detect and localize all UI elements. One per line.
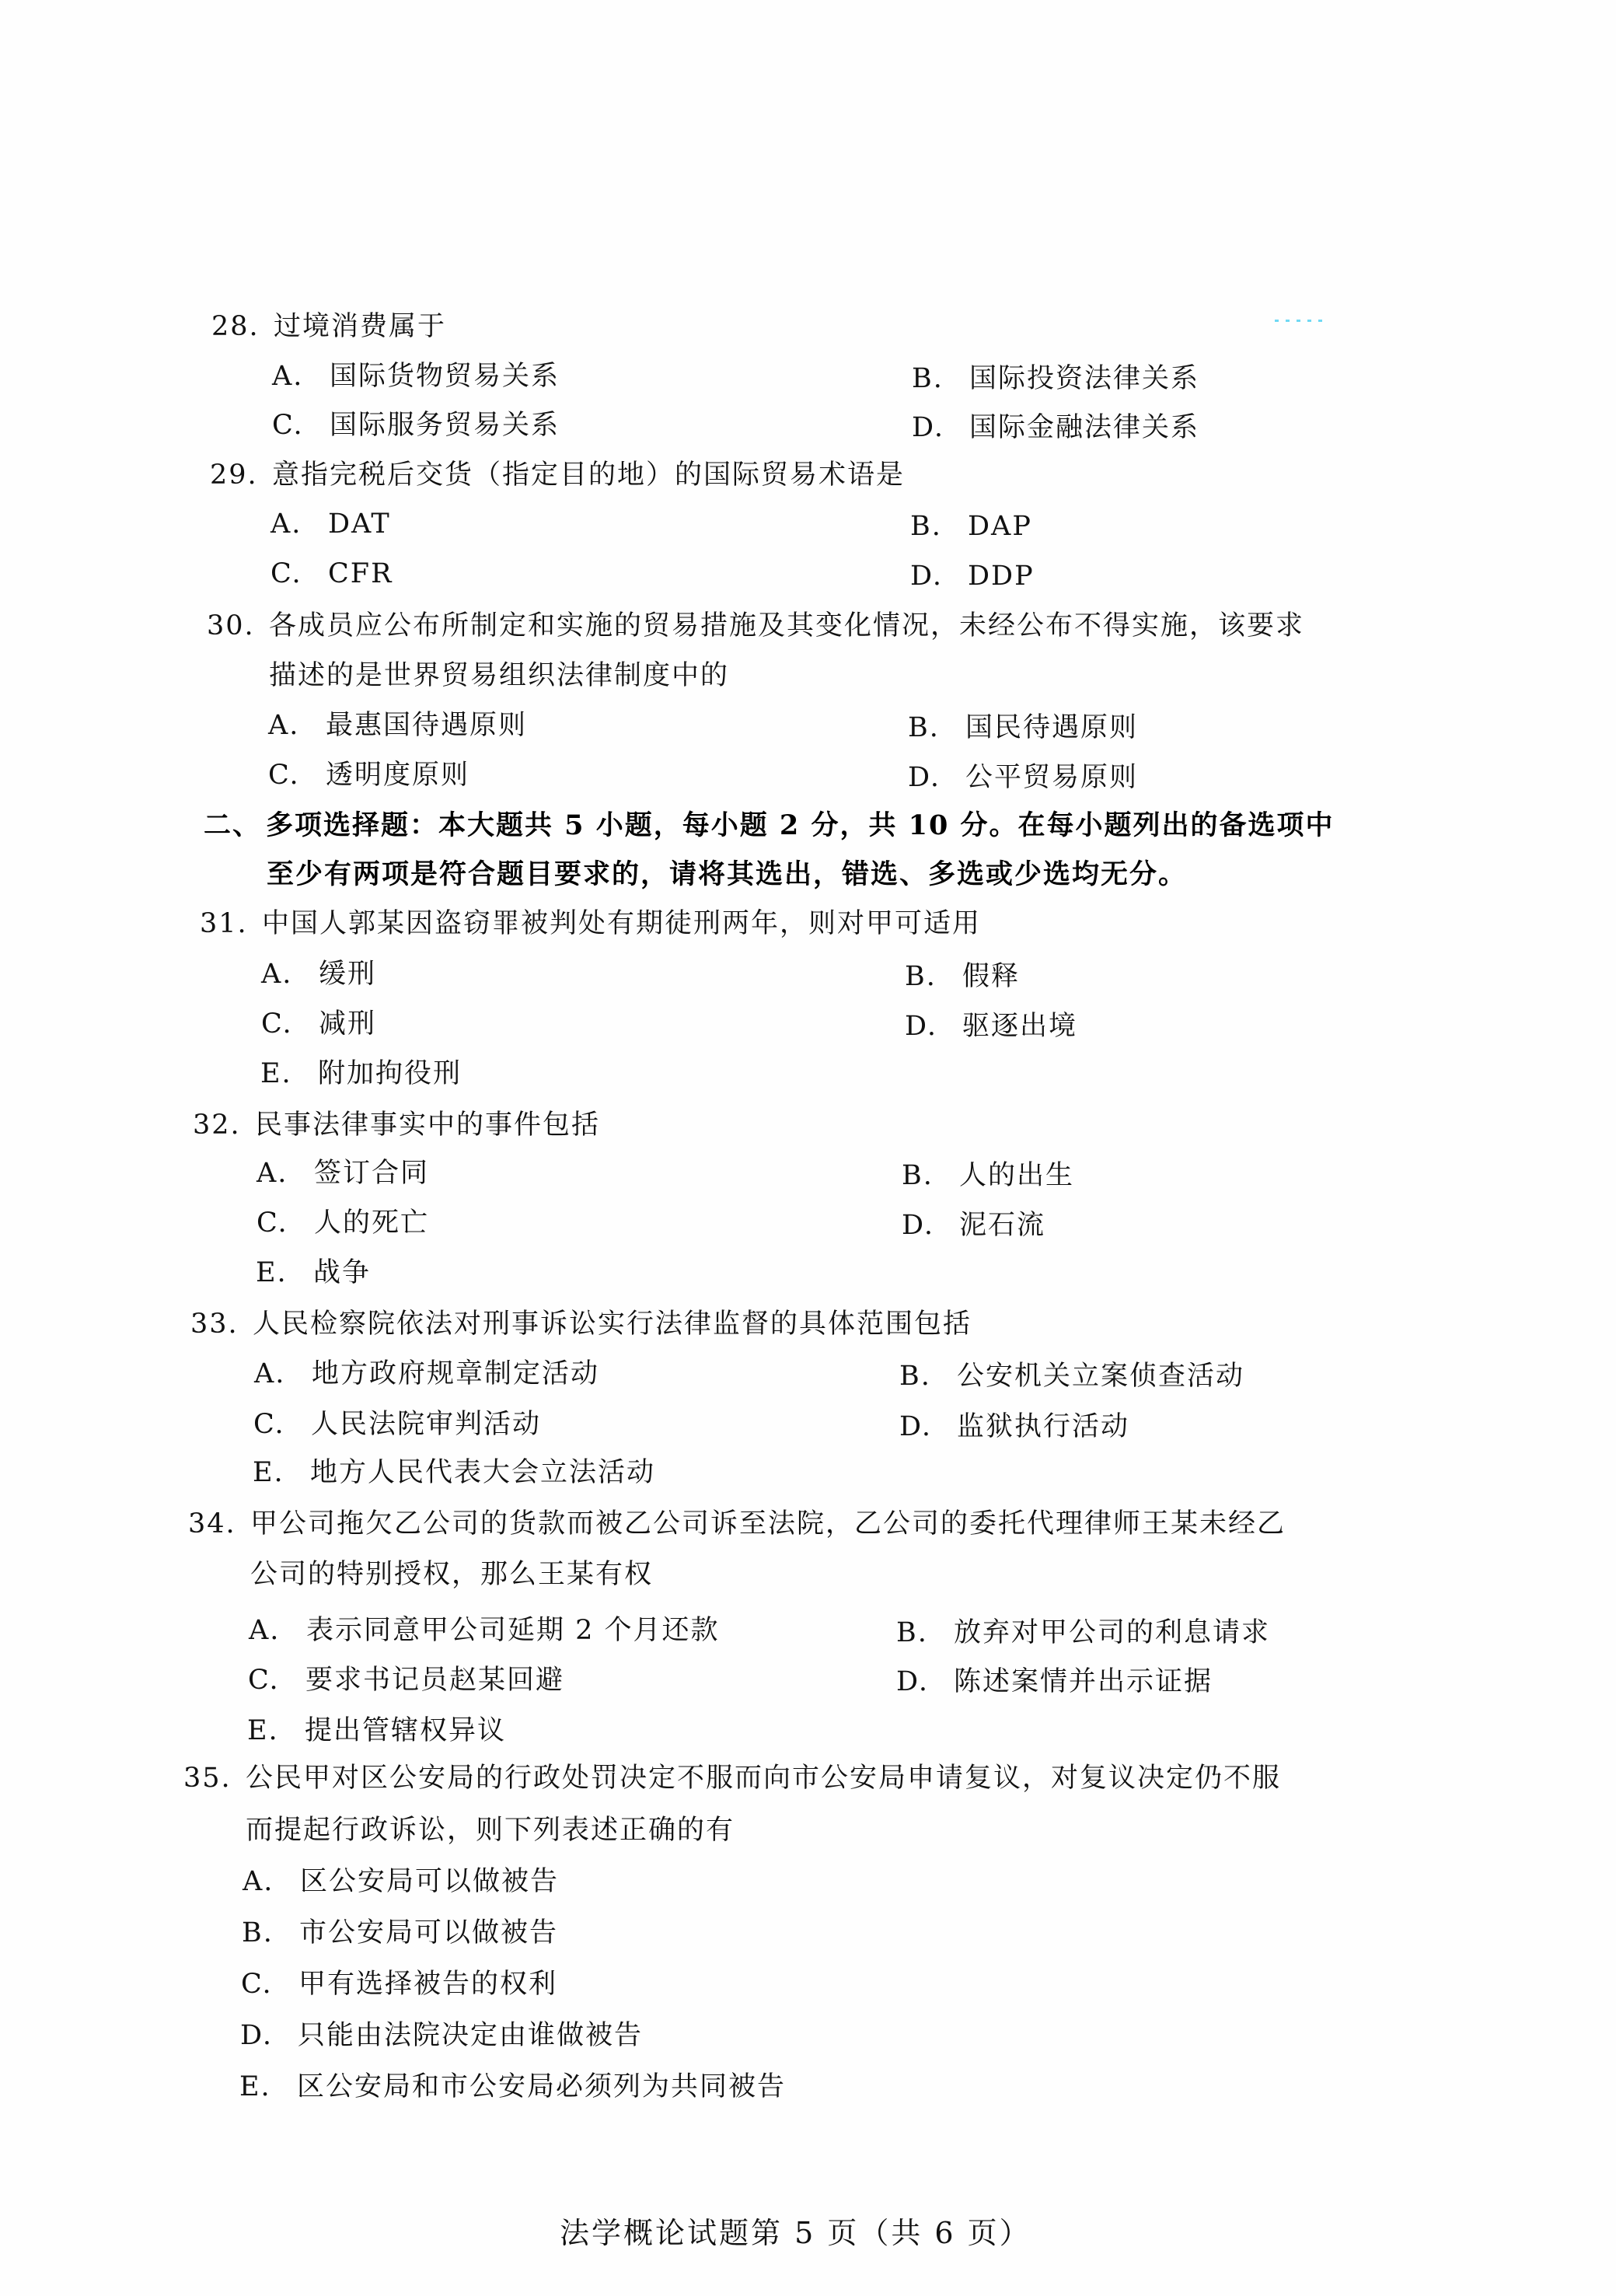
question-35-stem-line1: 35.公民甲对区公安局的行政处罚决定不服而向市公安局申请复议，对复议决定仍不服 (183, 1761, 1281, 1795)
option-34-d: D.陈述案情并出示证据 (896, 1665, 1213, 1699)
option-letter: D. (908, 760, 965, 795)
option-32-c: C.人的死亡 (257, 1206, 429, 1240)
question-34-stem-line2: 公司的特别授权，那么王某有权 (250, 1557, 653, 1592)
option-text: 国民待遇原则 (965, 712, 1138, 743)
option-letter: A. (272, 359, 330, 393)
option-32-d: D.泥石流 (902, 1208, 1045, 1242)
option-text: 公安机关立案侦查活动 (957, 1361, 1244, 1392)
question-text: 民事法律事实中的事件包括 (255, 1110, 600, 1141)
option-text: 人的出生 (959, 1160, 1074, 1191)
option-letter: D. (905, 1009, 962, 1043)
option-text: 国际货物贸易关系 (330, 361, 560, 392)
option-letter: D. (902, 1208, 959, 1242)
option-text: 市公安局可以做被告 (299, 1917, 558, 1948)
question-number: 34. (188, 1507, 250, 1541)
question-text: 描述的是世界贸易组织法律制度中的 (269, 660, 729, 691)
option-35-e: E.区公安局和市公安局必须列为共同被告 (239, 2070, 786, 2104)
question-number: 32. (193, 1108, 255, 1142)
option-text: 地方政府规章制定活动 (312, 1358, 599, 1389)
option-letter: D. (896, 1665, 954, 1699)
option-text: 战争 (313, 1257, 371, 1288)
option-30-a: A.最惠国待遇原则 (268, 708, 527, 743)
option-30-d: D.公平贸易原则 (908, 760, 1138, 795)
option-letter: E. (239, 2070, 297, 2104)
option-text: 人民法院审判活动 (311, 1409, 541, 1440)
option-text: 区公安局可以做被告 (300, 1866, 559, 1897)
option-29-a: A.DAT (270, 507, 391, 541)
option-31-c: C.减刑 (261, 1007, 376, 1041)
option-letter: B. (896, 1616, 954, 1650)
option-text: 区公安局和市公安局必须列为共同被告 (297, 2071, 786, 2102)
question-text: 中国人郭某因盗窃罪被判处有期徒刑两年，则对甲可适用 (262, 908, 981, 939)
question-number: 29. (210, 458, 272, 492)
option-35-d: D.只能由法院决定由谁做被告 (240, 2018, 643, 2053)
option-letter: C. (272, 408, 330, 442)
option-letter: C. (253, 1407, 311, 1442)
option-letter: C. (248, 1663, 305, 1697)
option-text: 减刑 (319, 1008, 376, 1040)
option-text: 缓刑 (319, 959, 376, 990)
option-letter: A. (268, 708, 326, 743)
option-letter: C. (268, 758, 326, 792)
option-text: DDP (968, 561, 1035, 592)
question-29-stem: 29.意指完税后交货（指定目的地）的国际贸易术语是 (210, 458, 905, 492)
option-letter: D. (240, 2018, 298, 2053)
option-letter: D. (899, 1410, 957, 1444)
option-35-b: B.市公安局可以做被告 (242, 1916, 558, 1950)
option-letter: B. (912, 362, 969, 396)
option-31-e: E.附加拘役刑 (260, 1057, 462, 1091)
option-30-c: C.透明度原则 (268, 758, 469, 792)
option-letter: C. (261, 1007, 319, 1041)
option-letter: B. (905, 959, 962, 994)
option-text: 最惠国待遇原则 (326, 710, 527, 741)
question-number: 33. (190, 1307, 253, 1341)
option-text: 国际服务贸易关系 (330, 410, 560, 441)
option-letter: C. (270, 557, 328, 591)
option-letter: A. (257, 1156, 314, 1190)
question-text: 人民检察院依法对刑事诉讼实行法律监督的具体范围包括 (253, 1309, 972, 1340)
option-text: 提出管辖权异议 (305, 1715, 506, 1746)
option-32-b: B.人的出生 (902, 1158, 1074, 1193)
option-text: 陈述案情并出示证据 (954, 1666, 1213, 1697)
option-text: 附加拘役刑 (318, 1058, 462, 1089)
option-text: DAP (968, 511, 1032, 542)
question-text: 甲公司拖欠乙公司的货款而被乙公司诉至法院，乙公司的委托代理律师王某未经乙 (250, 1508, 1286, 1539)
page-footer: 法学概论试题第 5 页（共 6 页） (560, 2216, 1031, 2250)
option-32-e: E.战争 (256, 1256, 371, 1290)
option-text: 人的死亡 (314, 1207, 429, 1239)
option-33-b: B.公安机关立案侦查活动 (899, 1359, 1244, 1393)
option-text: 只能由法院决定由谁做被告 (298, 2020, 643, 2051)
option-letter: E. (253, 1456, 310, 1490)
option-text: CFR (328, 558, 393, 589)
question-text: 公司的特别授权，那么王某有权 (250, 1559, 653, 1590)
question-number: 31. (200, 907, 262, 941)
option-34-e: E.提出管辖权异议 (247, 1714, 506, 1748)
option-33-e: E.地方人民代表大会立法活动 (253, 1456, 655, 1490)
option-text: 表示同意甲公司延期 2 个月还款 (306, 1615, 720, 1646)
option-letter: B. (242, 1916, 299, 1950)
option-28-b: B.国际投资法律关系 (912, 362, 1199, 396)
option-letter: D. (912, 411, 969, 445)
option-34-c: C.要求书记员赵某回避 (248, 1663, 564, 1697)
option-text: 要求书记员赵某回避 (305, 1665, 564, 1696)
option-letter: E. (260, 1057, 318, 1091)
option-29-d: D.DDP (910, 559, 1035, 593)
option-letter: C. (257, 1206, 314, 1240)
option-letter: E. (256, 1256, 313, 1290)
option-text: 泥石流 (959, 1210, 1045, 1241)
question-33-stem: 33.人民检察院依法对刑事诉讼实行法律监督的具体范围包括 (190, 1307, 972, 1341)
option-35-c: C.甲有选择被告的权利 (241, 1967, 557, 2001)
option-29-c: C.CFR (270, 557, 393, 591)
question-text: 而提起行政诉讼，则下列表述正确的有 (246, 1815, 735, 1846)
question-text: 公民甲对区公安局的行政处罚决定不服而向市公安局申请复议，对复议决定仍不服 (246, 1763, 1281, 1794)
option-letter: D. (910, 559, 968, 593)
option-letter: A. (243, 1864, 300, 1899)
option-text: 国际投资法律关系 (969, 363, 1199, 394)
section-marker: 二、 (204, 809, 266, 843)
option-text: 公平贸易原则 (965, 762, 1138, 793)
question-35-stem-line2: 而提起行政诉讼，则下列表述正确的有 (246, 1813, 735, 1847)
question-32-stem: 32.民事法律事实中的事件包括 (193, 1108, 600, 1142)
option-letter: A. (254, 1357, 312, 1391)
option-35-a: A.区公安局可以做被告 (243, 1864, 559, 1899)
option-28-a: A.国际货物贸易关系 (272, 359, 560, 393)
question-number: 30. (207, 609, 269, 643)
option-34-b: B.放弃对甲公司的利息请求 (896, 1616, 1270, 1650)
option-text: 透明度原则 (326, 760, 469, 791)
option-text: 监狱执行活动 (957, 1411, 1129, 1442)
option-letter: B. (902, 1158, 959, 1193)
option-letter: C. (241, 1967, 298, 2001)
option-31-a: A.缓刑 (261, 957, 376, 991)
question-text: 各成员应公布所制定和实施的贸易措施及其变化情况，未经公布不得实施，该要求 (269, 610, 1304, 641)
option-33-a: A.地方政府规章制定活动 (254, 1357, 599, 1391)
option-letter: B. (899, 1359, 957, 1393)
option-text: 假释 (962, 961, 1020, 992)
option-30-b: B.国民待遇原则 (908, 711, 1138, 745)
option-letter: E. (247, 1714, 305, 1748)
question-28-stem: 28.过境消费属于 (211, 309, 446, 344)
question-number: 28. (211, 309, 274, 344)
section-instructions: 至少有两项是符合题目要求的，请将其选出，错选、多选或少选均无分。 (267, 858, 1187, 890)
scan-artifact-mark (1275, 320, 1329, 322)
option-28-c: C.国际服务贸易关系 (272, 408, 560, 442)
option-letter: B. (910, 509, 968, 543)
section-2-header-line1: 二、多项选择题：本大题共 5 小题，每小题 2 分，共 10 分。在每小题列出的… (204, 809, 1335, 843)
option-text: DAT (328, 508, 391, 540)
option-text: 驱逐出境 (962, 1011, 1077, 1042)
section-instructions: 多项选择题：本大题共 5 小题，每小题 2 分，共 10 分。在每小题列出的备选… (266, 809, 1335, 841)
option-letter: A. (261, 957, 319, 991)
option-32-a: A.签订合同 (257, 1156, 429, 1190)
question-number: 35. (183, 1761, 246, 1795)
question-text: 过境消费属于 (274, 311, 446, 342)
exam-page: 28.过境消费属于 A.国际货物贸易关系 B.国际投资法律关系 C.国际服务贸易… (0, 0, 1616, 2296)
option-text: 甲有选择被告的权利 (298, 1969, 557, 2000)
question-34-stem-line1: 34.甲公司拖欠乙公司的货款而被乙公司诉至法院，乙公司的委托代理律师王某未经乙 (188, 1507, 1286, 1541)
option-text: 国际金融法律关系 (969, 412, 1199, 443)
section-2-header-line2: 至少有两项是符合题目要求的，请将其选出，错选、多选或少选均无分。 (267, 858, 1187, 892)
question-30-stem-line2: 描述的是世界贸易组织法律制度中的 (269, 659, 729, 693)
option-29-b: B.DAP (910, 509, 1032, 543)
option-letter: A. (249, 1613, 306, 1648)
question-31-stem: 31.中国人郭某因盗窃罪被判处有期徒刑两年，则对甲可适用 (200, 907, 981, 941)
option-text: 签订合同 (314, 1158, 429, 1189)
option-33-c: C.人民法院审判活动 (253, 1407, 541, 1442)
option-letter: A. (270, 507, 328, 541)
option-31-b: B.假释 (905, 959, 1020, 994)
question-text: 意指完税后交货（指定目的地）的国际贸易术语是 (272, 460, 905, 491)
question-30-stem-line1: 30.各成员应公布所制定和实施的贸易措施及其变化情况，未经公布不得实施，该要求 (207, 609, 1304, 643)
option-34-a: A.表示同意甲公司延期 2 个月还款 (249, 1613, 720, 1648)
option-31-d: D.驱逐出境 (905, 1009, 1077, 1043)
option-33-d: D.监狱执行活动 (899, 1410, 1129, 1444)
option-text: 地方人民代表大会立法活动 (310, 1457, 655, 1488)
option-text: 放弃对甲公司的利息请求 (954, 1617, 1270, 1648)
option-28-d: D.国际金融法律关系 (912, 411, 1199, 445)
option-letter: B. (908, 711, 965, 745)
